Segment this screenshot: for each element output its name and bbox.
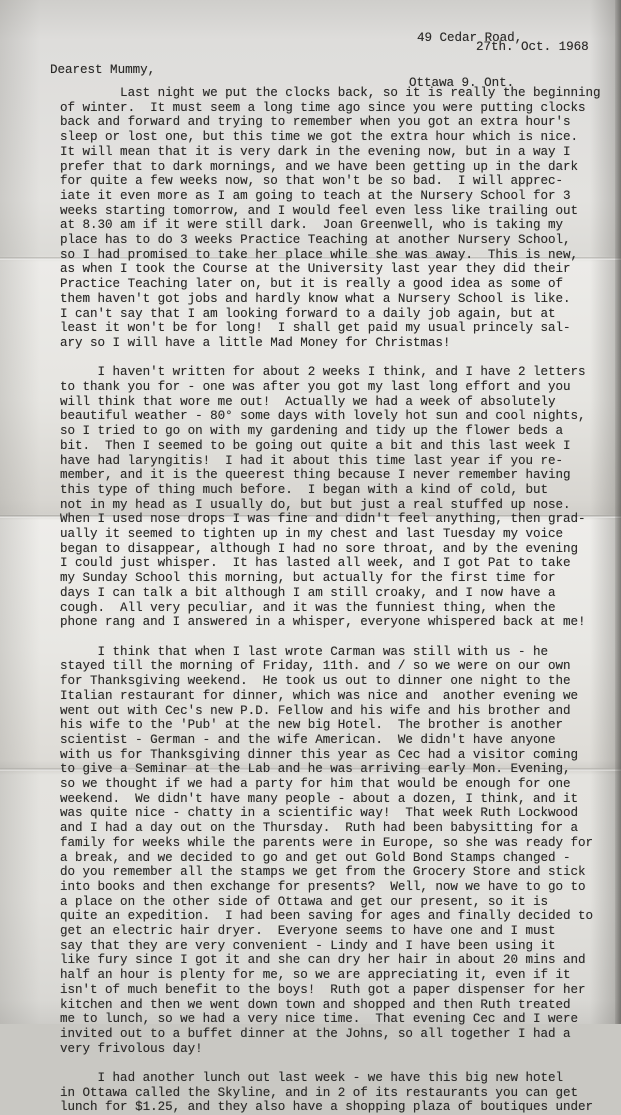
text-line: for quite a few weeks now, so that won't… xyxy=(60,174,601,189)
text-line: them haven't got jobs and hardly know wh… xyxy=(60,292,601,307)
text-line: began to disappear, although I had no so… xyxy=(60,542,601,557)
text-line: When I used nose drops I was fine and di… xyxy=(60,512,601,527)
text-line: went out with Cec's new P.D. Fellow and … xyxy=(60,704,601,719)
text-line: least it won't be for long! I shall get … xyxy=(60,321,601,336)
letter-paragraph: I think that when I last wrote Carman wa… xyxy=(60,645,601,1024)
text-line: and I had a day out on the Thursday. Rut… xyxy=(60,821,601,836)
text-line: place has to do 3 weeks Practice Teachin… xyxy=(60,233,601,248)
text-line: Practice Teaching later on, but it is re… xyxy=(60,277,601,292)
text-line: at 8.30 am if it were still dark. Joan G… xyxy=(60,218,601,233)
text-line: do you remember all the stamps we get fr… xyxy=(60,865,601,880)
text-line: bit. Then I seemed to be going out quite… xyxy=(60,439,601,454)
text-line: weeks starting tomorrow, and I would fee… xyxy=(60,204,601,219)
text-line: days I can talk a bit although I am stil… xyxy=(60,586,601,601)
text-line: a break, and we decided to go and get ou… xyxy=(60,851,601,866)
text-line: so I tried to go on with my gardening an… xyxy=(60,424,601,439)
text-line: this type of thing much before. I began … xyxy=(60,483,601,498)
text-line: scientist - German - and the wife Americ… xyxy=(60,733,601,748)
text-line: beautiful weather - 80° some days with l… xyxy=(60,409,601,424)
text-line: cough. All very peculiar, and it was the… xyxy=(60,601,601,616)
paragraph-gap xyxy=(60,630,601,645)
salutation: Dearest Mummy, xyxy=(50,63,155,78)
text-line: It will mean that it is very dark in the… xyxy=(60,145,601,160)
letter-body: Last night we put the clocks back, so it… xyxy=(60,86,601,1024)
text-line: get an electric hair dryer. Everyone see… xyxy=(60,924,601,939)
text-line: Italian restaurant for dinner, which was… xyxy=(60,689,601,704)
letter-page: 49 Cedar Road, Ottawa 9. Ont. 27th. Oct.… xyxy=(0,0,621,1024)
text-line: like fury since I got it and she can dry… xyxy=(60,953,601,968)
text-line: quite an expedition. I had been saving f… xyxy=(60,909,601,924)
text-line: my Sunday School this morning, but actua… xyxy=(60,571,601,586)
text-line: member, and it is the queerest thing bec… xyxy=(60,468,601,483)
text-line: isn't of much benefit to the boys! Ruth … xyxy=(60,983,601,998)
text-line: sleep or lost one, but this time we got … xyxy=(60,130,601,145)
text-line: kitchen and then we went down town and s… xyxy=(60,998,601,1013)
text-line: to give a Seminar at the Lab and he was … xyxy=(60,762,601,777)
text-line: of winter. It must seem a long time ago … xyxy=(60,101,601,116)
text-line: will think that wore me out! Actually we… xyxy=(60,395,601,410)
text-line: stayed till the morning of Friday, 11th.… xyxy=(60,659,601,674)
text-line: I can't say that I am looking forward to… xyxy=(60,307,601,322)
text-line: ually it seemed to tighten up in my ches… xyxy=(60,527,601,542)
text-line: say that they are very convenient - Lind… xyxy=(60,939,601,954)
text-line: have had laryngitis! I had it about this… xyxy=(60,454,601,469)
text-line: family for weeks while the parents were … xyxy=(60,836,601,851)
paper-edge-shadow xyxy=(615,0,621,1024)
text-line: I haven't written for about 2 weeks I th… xyxy=(60,365,601,380)
text-line: I think that when I last wrote Carman wa… xyxy=(60,645,601,660)
text-line: weekend. We didn't have many people - ab… xyxy=(60,792,601,807)
text-line: ary so I will have a little Mad Money fo… xyxy=(60,336,601,351)
text-line: as when I took the Course at the Univers… xyxy=(60,262,601,277)
text-line: back and forward and trying to remember … xyxy=(60,115,601,130)
letter-paragraph: I haven't written for about 2 weeks I th… xyxy=(60,365,601,630)
text-line: was quite nice - chatty in a scientific … xyxy=(60,806,601,821)
text-line: half an hour is plenty for me, so we are… xyxy=(60,968,601,983)
text-line: not in my head as I usually do, but but … xyxy=(60,498,601,513)
text-line: with us for Thanksgiving dinner this yea… xyxy=(60,748,601,763)
text-line: a place on the other side of Ottawa and … xyxy=(60,895,601,910)
text-line: phone rang and I answered in a whisper, … xyxy=(60,615,601,630)
text-line: his wife to the 'Pub' at the new big Hot… xyxy=(60,718,601,733)
text-line: so I had promised to take her place whil… xyxy=(60,248,601,263)
text-line: into books and then exchange for present… xyxy=(60,880,601,895)
text-line: so we thought if we had a party for him … xyxy=(60,777,601,792)
paragraph-gap xyxy=(60,351,601,366)
text-line: I could just whisper. It has lasted all … xyxy=(60,556,601,571)
letter-paragraph: Last night we put the clocks back, so it… xyxy=(60,86,601,351)
text-line: me to lunch, so we had a very nice time.… xyxy=(60,1012,601,1024)
letter-date: 27th. Oct. 1968 xyxy=(476,40,589,55)
text-line: prefer that to dark mornings, and we hav… xyxy=(60,160,601,175)
text-line: for Thanksgiving weekend. He took us out… xyxy=(60,674,601,689)
text-line: iate it even more as I am going to teach… xyxy=(60,189,601,204)
text-line: to thank you for - one was after you got… xyxy=(60,380,601,395)
text-line: Last night we put the clocks back, so it… xyxy=(60,86,601,101)
